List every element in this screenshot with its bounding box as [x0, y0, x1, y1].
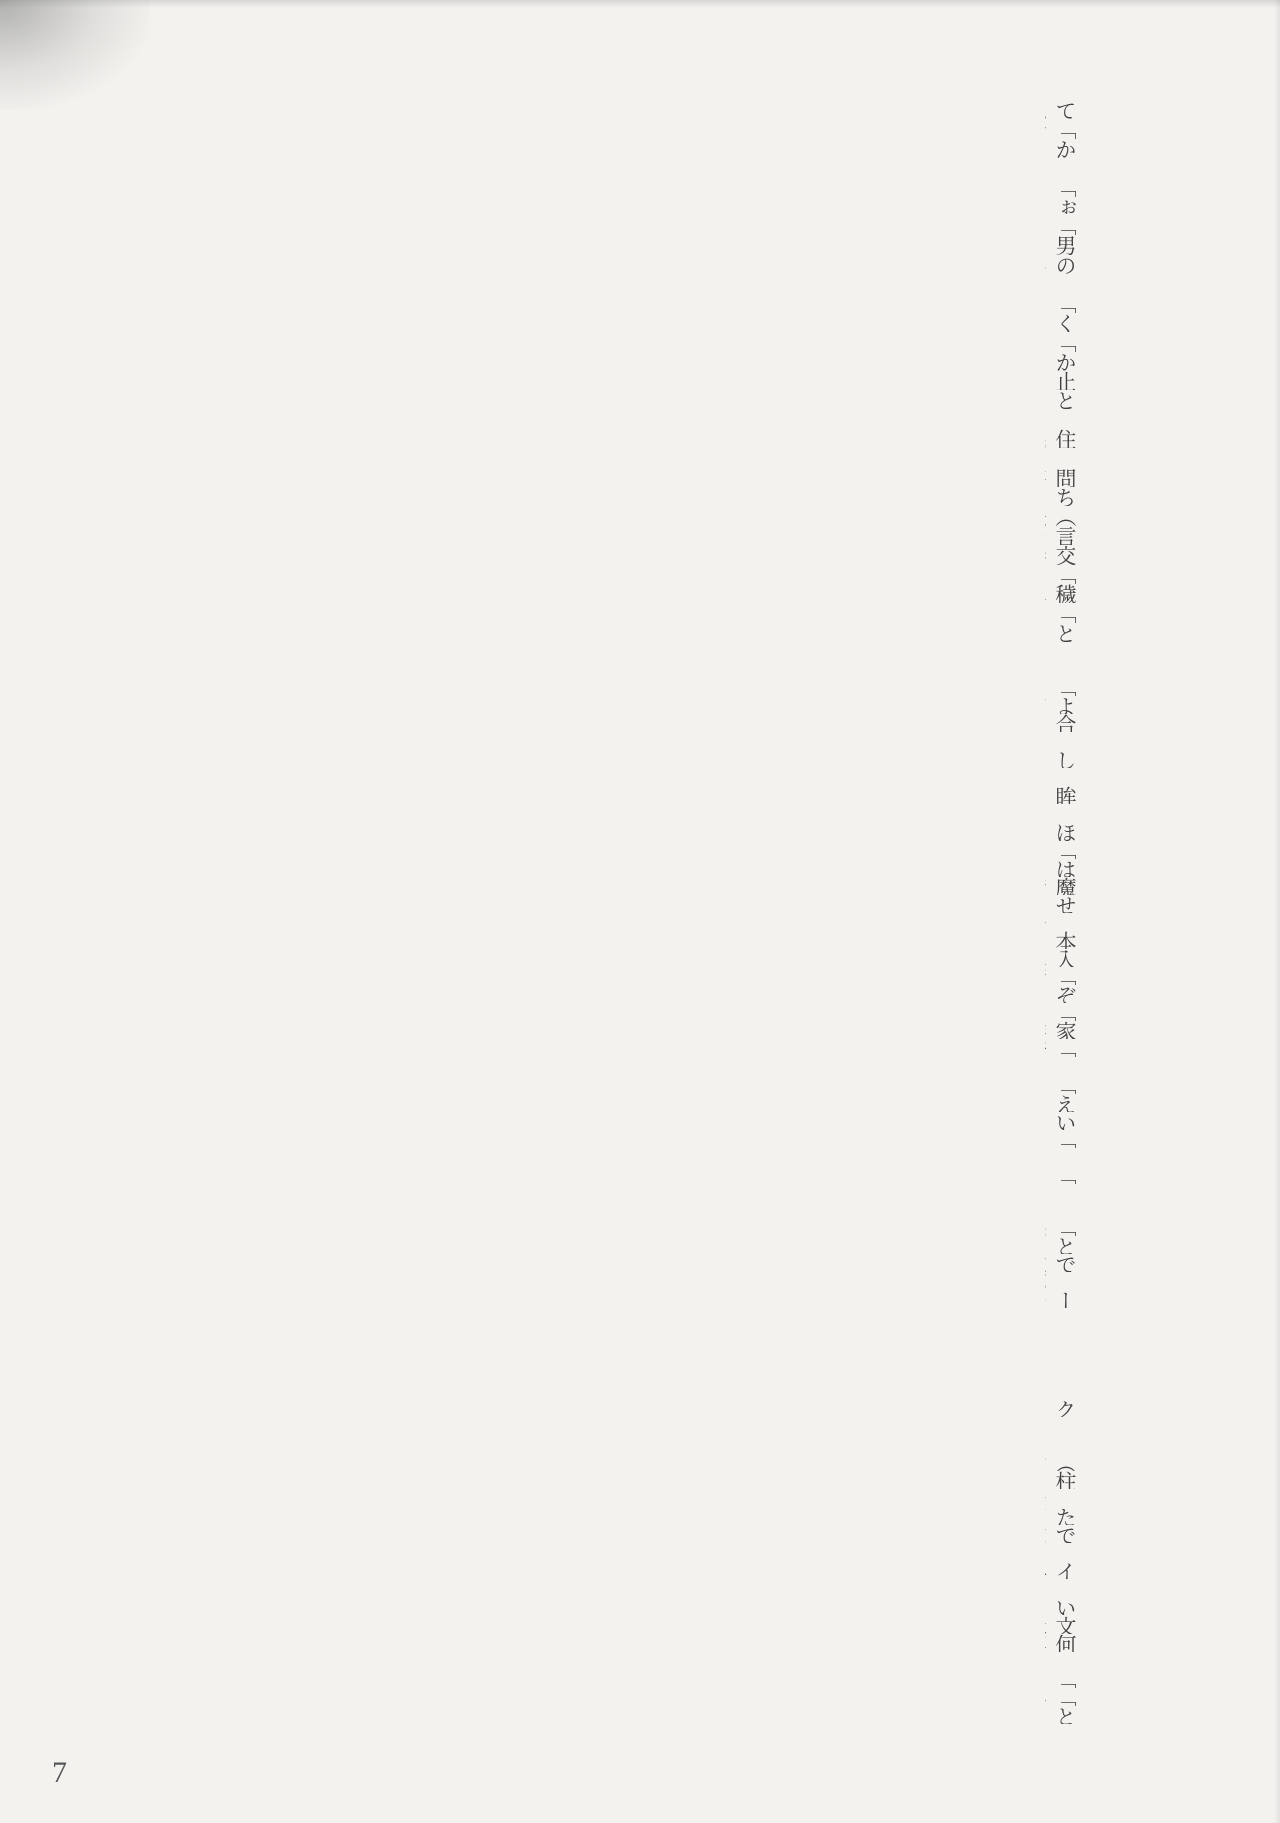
text-column: まるでサウナから出たかのように、空気が一瞬: [1045, 1543, 1080, 1561]
text-column: ぞ？ 見捨てぬが……」: [1045, 985, 1080, 1003]
text-column: 「なんたる甘言よ、なんと浅ましい美辞麗句か。: [1045, 603, 1080, 622]
text-column: 止められなかった時点で、彼女には強がることし: [1045, 371, 1080, 390]
text-column: エヴェールは部下に剣を引かせ、アクララの双: [1045, 804, 1080, 822]
text-column: ほうがマシだろう」: [1045, 822, 1080, 840]
text-column: （可愛らしい顔して、可愛くない目つきだ）: [1045, 1453, 1080, 1471]
text-column: はちょっぴり呪った。: [1045, 859, 1080, 877]
text-column: とえ敵軍であろうと我々は凱旋を手助けしよう」: [1045, 623, 1080, 642]
text-column: で乾燥する。土を司る聖獣のテリトリーに侵入し: [1045, 1525, 1080, 1543]
text-column: 入れてやった方がいいんじゃないかな……いや、: [1045, 949, 1080, 967]
text-column: 「むほぉおおッ！ アクメの流れ止められなひい: [1045, 1130, 1080, 1148]
text-column: 何事もなかったかのように平坦な地面に戻る。呪: [1045, 1634, 1080, 1652]
text-column: 柱のように冷たく鋭い。: [1045, 1471, 1080, 1489]
text-column: ハルド帝国のお題目を知らしめるため、エヴェ: [1045, 1308, 1080, 1326]
text-column: た証拠だ。: [1045, 1507, 1080, 1525]
text-column: 「なにを申すか。民はひとしく宝じゃ」: [1045, 1166, 1080, 1184]
text-column: いい！ アクメクメクメアクメクメぇえええええ: [1045, 1112, 1080, 1130]
scan-corner-shadow: [0, 0, 150, 110]
text-column: せいでひどく白けた空気に蝕まれている。こんな: [1045, 895, 1080, 913]
text-column: してまで、戦乱を長引かせることは。: [1045, 750, 1080, 768]
text-column: 穢れた心のままに申せ」: [1045, 584, 1080, 603]
text-band-middle: 「なにを申すか。民はひとしく宝じゃ」 さらにまた新たな原住民が押し出された。「む…: [98, 678, 1080, 1184]
text-column: で拡大し、イェラ・クララ各地の空中に中継映像: [1045, 1254, 1080, 1272]
text-column: 「市民の皆様、ハルド帝国軍は侵略にきたのでは: [1045, 1218, 1080, 1236]
text-column: 岩のうえから降ってくるアクララの視線が、氷: [1045, 1489, 1080, 1507]
text-column: ええぇ！ おかあひゃああぁああぁあん！」: [1045, 1094, 1080, 1112]
text-column: やがてアクララは深く嘆息した。争いごとが似: [1045, 732, 1080, 750]
text-column: （聖法師が言うほどの力を持っているなら、俺た: [1045, 506, 1080, 525]
text-column: 緊迫した駆け引きが、間の抜けた男の喘ぎ声の: [1045, 913, 1080, 931]
text-column: エヴェールは手旗で部下を導き、密林を抜けて: [1045, 1579, 1080, 1597]
text-column: またべつの原住民が引っ張ってこられて、密林: [1045, 274, 1080, 293]
text-column: かできない。: [1045, 352, 1080, 371]
text-column: 「たしかにそれはそうじゃが………いや、見捨てぬ: [1045, 1003, 1080, 1021]
text-column: ともあれ、こうしてハルド帝国によるイェラ・: [1045, 1417, 1080, 1435]
text-column: クララ占領は完了したのだった。: [1045, 1399, 1080, 1417]
text-column: ぉ！ ふんにゅああぁああ！」: [1045, 197, 1080, 216]
text-column: アクララのあどけない顔に、虚無的な表情が浮: [1045, 158, 1080, 177]
text-column: ＊ ＊: [1045, 1362, 1080, 1380]
text-column: 言っていい。: [1045, 526, 1080, 545]
text-column: 男だが、ビクンビクンと空腰を振って声を裏返す。: [1045, 235, 1080, 254]
text-column: 「……今、もしかして見捨てたほうがいいかもっ: [1045, 119, 1080, 138]
text-column: 文詠唱も魔法具も必要としない、聖獣のすさまじ: [1045, 1616, 1080, 1634]
text-column: 合うはずもない幼貌に、諦観じみた曖昧な表情が: [1045, 714, 1080, 732]
text-column: くらでもいるが」: [1045, 313, 1080, 332]
text-column: ——我らの目的はあくまで啓蒙と愛である。: [1045, 1326, 1080, 1344]
text-column: て思わなかったか？」: [1045, 100, 1080, 119]
text-column: 部下の投影魔術と音声魔術を聖法師の儀式魔法: [1045, 1272, 1080, 1290]
text-column: ールはまず聖獣との友好関係をアピールした。: [1045, 1290, 1080, 1308]
text-column: かぶ。: [1045, 139, 1080, 158]
text-column: アクララは目を閉じ、眉間の皺を揉みこんだ。: [1045, 1057, 1080, 1075]
text-column: 魔術の才能を見出してくれた恩師を、エヴェール: [1045, 877, 1080, 895]
text-column: よぎる。: [1045, 696, 1080, 714]
text-band-top: とえ敵軍であろうと我々は凱旋を手助けしよう」「なんたる甘言よ、なんと浅ましい美辞…: [98, 100, 1080, 642]
text-column: [1045, 1344, 1080, 1362]
text-column: 「ひんぐぅぅうう！ 俺イぎっぱなしだおぉおお: [1045, 216, 1080, 235]
text-column: とりとして殺さぬことじゃ」: [1045, 1706, 1080, 1724]
scanned-novel-page: { "page": { "number": "7", "background_c…: [0, 0, 1280, 1823]
text-column: 家族が悲しむんじゃないか？」: [1045, 1021, 1080, 1039]
text-column: 「民を死なせたくなければ、通してほしい」: [1045, 565, 1080, 584]
text-column: 聖獣は聖法則によって、土地と民を守護するこ: [1045, 410, 1080, 429]
text-column: 「…………」: [1045, 177, 1080, 196]
text-column: 問答無用で皆殺しにすればいいだけだ）: [1045, 468, 1080, 487]
text-column: 眸を静かに見つめた。: [1045, 786, 1080, 804]
text-column: 本人的にも気まずいかもしれんが」: [1045, 931, 1080, 949]
text-column: 「……俺が言うこっちゃないけど、見捨てるとご: [1045, 1039, 1080, 1057]
text-column: 「どうせ無傷も同然だ。死ぬよりは、生きていた: [1045, 841, 1080, 859]
text-column: の半歩外に押し出された。とびきり体格のよい大: [1045, 255, 1080, 274]
text-column: 「…………」: [1045, 1076, 1080, 1094]
text-column: それをしないのは、伏兵として密林に潜んだ原: [1045, 448, 1080, 467]
text-column: 「ご協力に感謝する——聖獣アクララ」: [1045, 1688, 1080, 1706]
text-column: 住民を救うためだろう。: [1045, 429, 1080, 448]
text-column: 「——ゲスめ」: [1045, 294, 1080, 313]
text-column: 交渉に勝算はある。相手が聖獣であれば必勝と: [1045, 545, 1080, 564]
text-column: 「魔術を解除してしばらくすれば戻るから、受け: [1045, 967, 1080, 985]
text-column: として自分の姿を映し出す。: [1045, 1236, 1080, 1254]
text-column: ちを脅す必要すらない。踏みこんできたところを: [1045, 487, 1080, 506]
text-column: [1045, 1381, 1080, 1399]
scan-top-edge-shadow: [0, 0, 1280, 8]
scan-right-edge-shadow: [1274, 0, 1280, 1823]
text-column: さらにまた新たな原住民が押し出された。: [1045, 1148, 1080, 1166]
text-column: おたがいに本意ではないはずだ。大量の血を流: [1045, 768, 1080, 786]
text-band-bottom: とりとして殺さぬことじゃ」「ご協力に感謝する——聖獣アクララ」「おぬしの名は聞か…: [98, 1218, 1080, 1724]
text-column: 目前の落とし穴に突如として土砂が湧きあがり、: [1045, 1652, 1080, 1670]
page-number: 7: [52, 1756, 67, 1790]
text-column: 「どうする？ ほかにもアンタの土地の住人はい: [1045, 332, 1080, 351]
text-column: 内心でぼやく。: [1045, 1435, 1080, 1453]
text-column: い力だ。: [1045, 1597, 1080, 1615]
text-column: とを定めとされている。原住民が密林に入る前に: [1045, 390, 1080, 409]
text-column: 「おぬしらを通す条件はひとつ、これ以上だれひ: [1045, 678, 1080, 696]
text-column: 「おぬしの名は聞かぬぞ、ゲスめ」: [1045, 1670, 1080, 1688]
text-column: イェラ・クララへと踏みだした。: [1045, 1561, 1080, 1579]
